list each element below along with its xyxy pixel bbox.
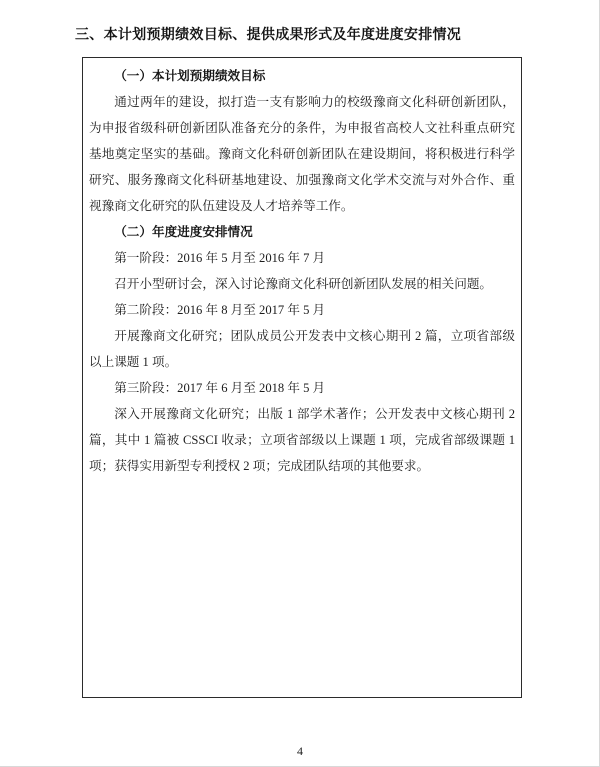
stage-1-task: 召开小型研讨会，深入讨论豫商文化科研创新团队发展的相关问题。 [89,271,515,297]
section-title: 三、本计划预期绩效目标、提供成果形式及年度进度安排情况 [75,27,545,45]
stage-3-task: 深入开展豫商文化研究；出版 1 部学术著作；公开发表中文核心期刊 2 篇，其中 … [89,401,515,479]
stage-3-label: 第三阶段：2017 年 6 月至 2018 年 5 月 [89,375,515,401]
subsection-2-heading: （二）年度进度安排情况 [89,219,515,245]
page-number: 4 [0,744,600,759]
document-page: 三、本计划预期绩效目标、提供成果形式及年度进度安排情况 （一）本计划预期绩效目标… [0,0,600,767]
stage-2-task: 开展豫商文化研究；团队成员公开发表中文核心期刊 2 篇，立项省部级以上课题 1 … [89,323,515,375]
stage-1-label: 第一阶段：2016 年 5 月至 2016 年 7 月 [89,245,515,271]
subsection-1-paragraph: 通过两年的建设，拟打造一支有影响力的校级豫商文化科研创新团队，为申报省级科研创新… [89,89,515,219]
subsection-1-heading: （一）本计划预期绩效目标 [89,63,515,89]
stage-2-label: 第二阶段：2016 年 8 月至 2017 年 5 月 [89,297,515,323]
content-box: （一）本计划预期绩效目标 通过两年的建设，拟打造一支有影响力的校级豫商文化科研创… [82,57,522,698]
